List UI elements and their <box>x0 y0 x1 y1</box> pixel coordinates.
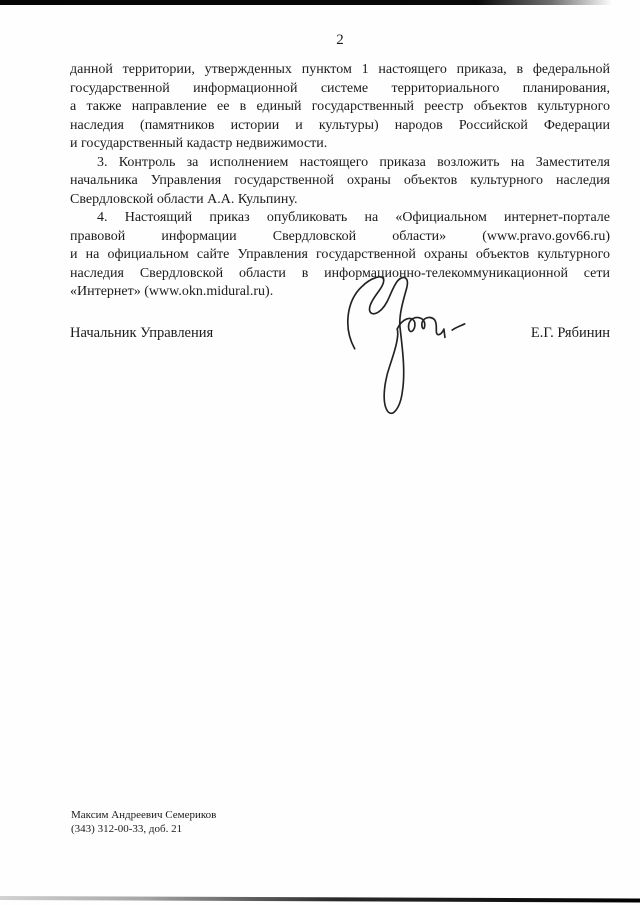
page-number: 2 <box>70 31 610 49</box>
signature-row: Начальник Управления Е.Г. Рябинин <box>70 324 610 342</box>
footer-contact-block: Максим Андреевич Семериков (343) 312-00-… <box>71 809 216 836</box>
body-text-line: государственной информационной системе т… <box>70 80 610 99</box>
signature-position-label: Начальник Управления <box>70 324 213 342</box>
handwritten-signature-icon <box>336 272 502 438</box>
body-text-line: правовой информации Свердловской области… <box>70 228 610 247</box>
body-paragraph: данной территории, утвержденных пунктом … <box>70 61 610 154</box>
body-paragraph: 3. Контроль за исполнением настоящего пр… <box>70 154 610 210</box>
body-text-line: данной территории, утвержденных пунктом … <box>70 61 610 80</box>
scan-edge-artifact-bottom <box>0 896 640 902</box>
body-text-line: и на официальном сайте Управления госуда… <box>70 246 610 265</box>
footer-contact-name: Максим Андреевич Семериков <box>71 809 216 823</box>
body-text: данной территории, утвержденных пунктом … <box>70 61 610 302</box>
scan-edge-artifact-top <box>0 0 612 5</box>
body-text-line: 4. Настоящий приказ опубликовать на «Офи… <box>70 209 610 228</box>
body-text-line: 3. Контроль за исполнением настоящего пр… <box>70 154 610 173</box>
body-text-line: а также направление ее в единый государс… <box>70 98 610 117</box>
body-text-line: и государственный кадастр недвижимости. <box>70 135 610 154</box>
footer-contact-phone: (343) 312-00-33, доб. 21 <box>71 823 216 837</box>
signer-name: Е.Г. Рябинин <box>531 324 610 342</box>
body-text-line: начальника Управления государственной ох… <box>70 172 610 191</box>
body-text-line: наследия (памятников истории и культуры)… <box>70 117 610 136</box>
document-page: 2 данной территории, утвержденных пункто… <box>0 0 640 905</box>
body-text-line: Свердловской области А.А. Кульпину. <box>70 191 610 210</box>
